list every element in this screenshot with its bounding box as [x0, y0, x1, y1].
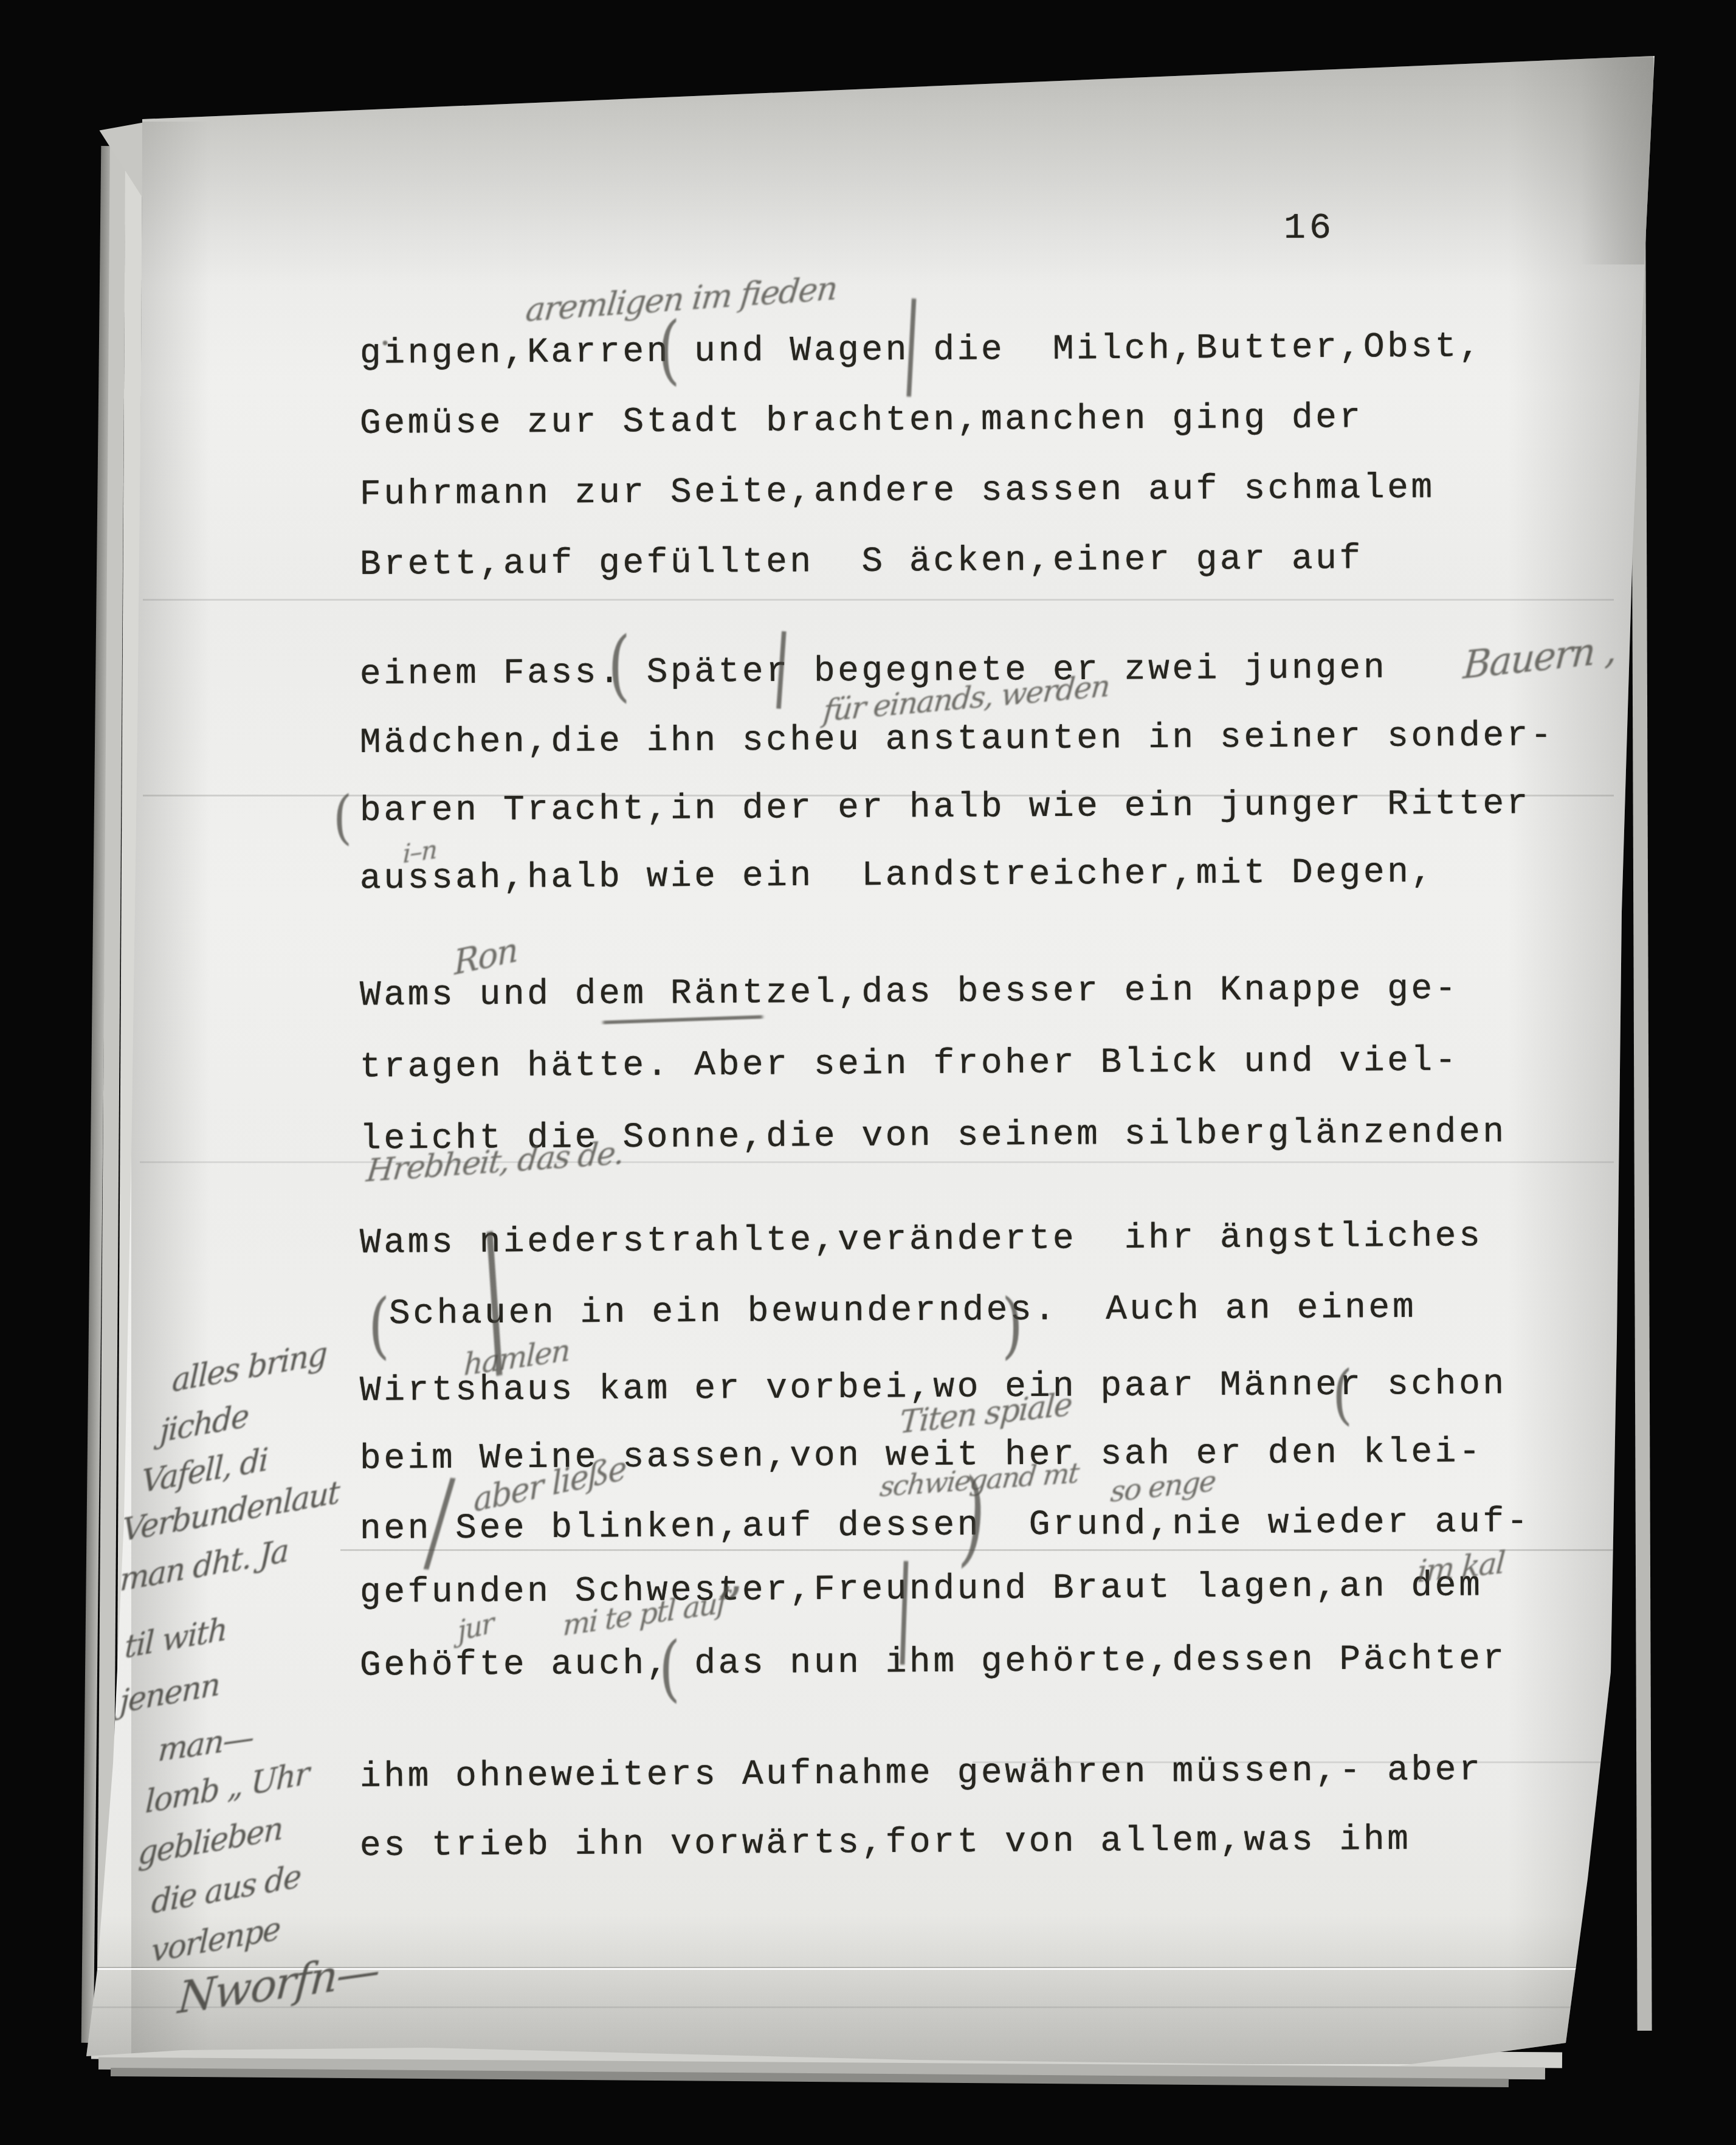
- typed-line: es trieb ihn vorwärts,fort von allem,was…: [360, 1820, 1411, 1867]
- typed-line: gefunden Schwester,Freundund Braut lagen…: [360, 1566, 1483, 1612]
- pencil-mark: |: [769, 619, 794, 710]
- fold-crease: [92, 2006, 1576, 2008]
- margin-note: man—: [157, 1719, 255, 1769]
- pencil-mark: (: [1332, 1358, 1352, 1433]
- typed-line: Wams niederstrahlte,veränderte ihr ängst…: [360, 1217, 1483, 1263]
- margin-note: alles bring: [171, 1335, 327, 1400]
- margin-note: til with: [124, 1611, 227, 1666]
- typed-line: Brett,auf gefüllten S äcken,einer gar au…: [360, 539, 1363, 585]
- typed-line: Gemüse zur Stadt brachten,manchen ging d…: [360, 398, 1363, 444]
- margin-note: jenenn: [119, 1666, 220, 1721]
- pencil-mark: (: [368, 1284, 390, 1367]
- page-number: 16: [1284, 208, 1335, 249]
- typed-line: nen See blinken,auf dessen Grund,nie wie…: [360, 1502, 1531, 1549]
- scanned-manuscript-photo: 16 gingen,Karren und Wagen die Milch,But…: [0, 0, 1736, 2145]
- typed-line: ihm ohneweiters Aufnahme gewähren müssen…: [360, 1750, 1483, 1797]
- handwritten-annotation: i–n: [402, 834, 437, 869]
- margin-note: geblieben: [137, 1810, 283, 1873]
- typed-line: baren Tracht,in der er halb wie ein jung…: [360, 784, 1531, 831]
- fold-crease: [143, 599, 1614, 601]
- typed-line: Mädchen,die ihn scheu anstaunten in sein…: [360, 716, 1555, 763]
- paper-shadow-top: [140, 55, 1653, 286]
- typed-line: Fuhrmann zur Seite,andere sassen auf sch…: [360, 469, 1435, 515]
- handwritten-annotation: aremligen im fieden: [524, 269, 839, 329]
- typed-line: einem Fass. Später begegnete er zwei jun…: [360, 649, 1388, 694]
- typed-line: tragen hätte. Aber sein froher Blick und…: [360, 1041, 1459, 1087]
- pencil-mark: —: [594, 981, 771, 1051]
- handwritten-annotation: im kal: [1416, 1544, 1506, 1589]
- typed-line: Wams und dem Räntzel,das besser ein Knap…: [360, 969, 1459, 1015]
- pencil-mark: |: [899, 283, 925, 398]
- pencil-mark: (: [608, 621, 630, 711]
- margin-note: jichde: [159, 1397, 249, 1450]
- paper-shadow-right: [1507, 55, 1653, 2055]
- pencil-mark: .: [379, 311, 391, 354]
- pencil-mark: (: [659, 1627, 680, 1710]
- typed-line: Schauen in ein bewunderndes. Auch an ein…: [389, 1288, 1417, 1334]
- pencil-mark: (: [333, 784, 352, 852]
- fold-crease: [140, 1161, 1614, 1163]
- typed-line: Gehöfte auch, das nun ihm gehörte,dessen…: [360, 1639, 1507, 1686]
- paper-curl-top-right: [1580, 58, 1655, 264]
- handwritten-annotation: Bauern ,: [1462, 627, 1617, 688]
- paper-sheet: 16 gingen,Karren und Wagen die Milch,But…: [0, 0, 1736, 2145]
- pencil-mark: ): [1002, 1284, 1023, 1367]
- typed-line: aussah,halb wie ein Landstreicher,mit De…: [360, 853, 1435, 899]
